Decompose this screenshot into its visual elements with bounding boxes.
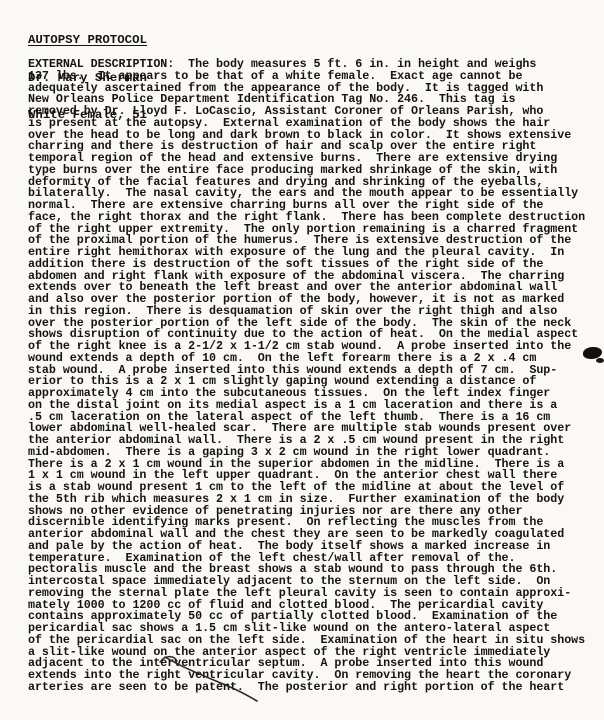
ink-smudge-artifact — [596, 358, 604, 363]
document-title: AUTOPSY PROTOCOL — [28, 34, 147, 47]
document-page: AUTOPSY PROTOCOL Dr. Mary Sherman White … — [0, 0, 604, 720]
text-line: arteries are seen to be patent. The post… — [28, 682, 585, 694]
document-body: EXTERNAL DESCRIPTION: The body measures … — [28, 59, 585, 694]
